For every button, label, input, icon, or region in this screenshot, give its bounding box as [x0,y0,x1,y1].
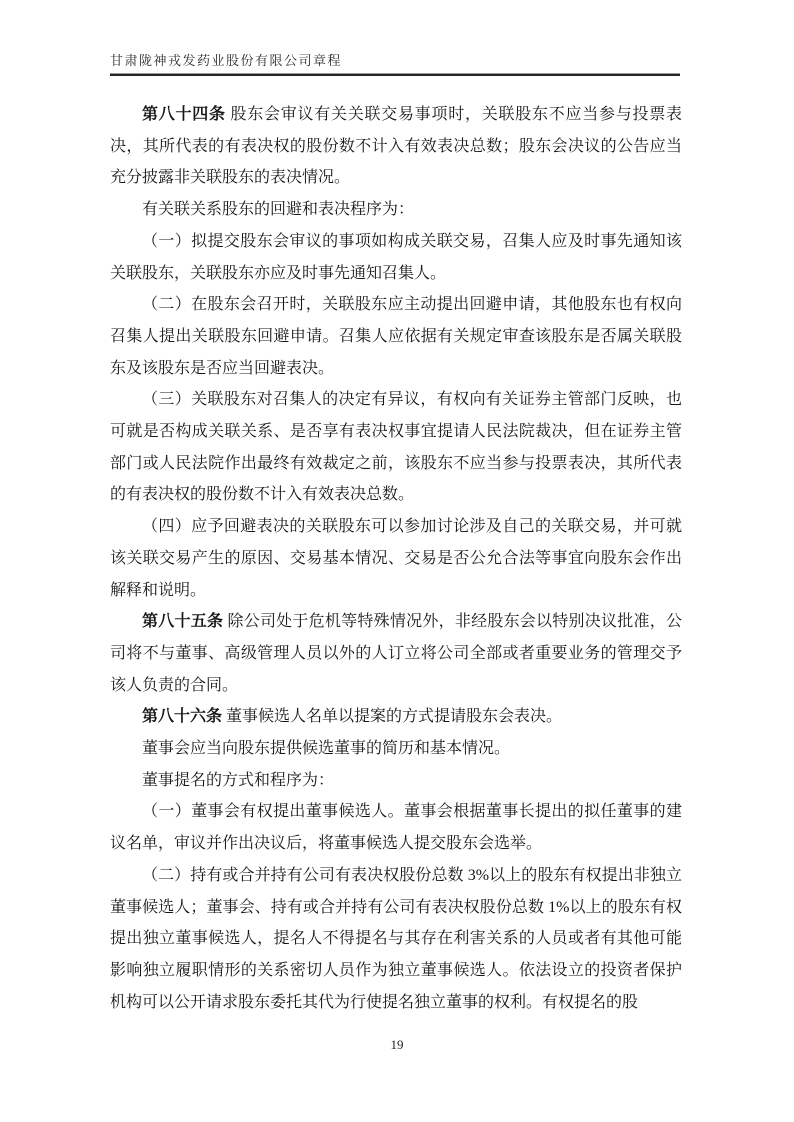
page-footer: 19 [0,1036,794,1054]
header-rule [110,73,680,76]
page-number: 19 [391,1037,404,1052]
body-paragraph: 董事会应当向股东提供候选董事的简历和基本情况。 [110,733,682,765]
body-paragraph: （一）董事会有权提出董事候选人。董事会根据董事长提出的拟任董事的建议名单，审议并… [110,796,682,859]
body-paragraph: 有关联关系股东的回避和表决程序为： [110,194,682,226]
body-paragraph: （一）拟提交股东会审议的事项如构成关联交易，召集人应及时事先通知该关联股东，关联… [110,226,682,289]
page-header: 甘肃陇神戎发药业股份有限公司章程 [110,50,680,76]
article-number: 第八十五条 [142,613,223,630]
body-paragraph: （四）应予回避表决的关联股东可以参加讨论涉及自己的关联交易，并可就该关联交易产生… [110,511,682,606]
body-paragraph: （二）持有或合并持有公司有表决权股份总数 3%以上的股东有权提出非独立董事候选人… [110,860,682,1019]
document-page: 甘肃陇神戎发药业股份有限公司章程 第八十四条 股东会审议有关关联交易事项时，关联… [0,0,794,1122]
body-paragraph: （三）关联股东对召集人的决定有异议，有权向有关证券主管部门反映，也可就是否构成关… [110,384,682,511]
article-paragraph: 第八十四条 股东会审议有关关联交易事项时，关联股东不应当参与投票表决，其所代表的… [110,99,682,194]
body-paragraph: （二）在股东会召开时，关联股东应主动提出回避申请，其他股东也有权向召集人提出关联… [110,289,682,384]
document-body: 第八十四条 股东会审议有关关联交易事项时，关联股东不应当参与投票表决，其所代表的… [110,99,682,1018]
header-title: 甘肃陇神戎发药业股份有限公司章程 [110,50,680,73]
article-number: 第八十四条 [142,106,226,123]
article-number: 第八十六条 [142,708,222,725]
body-paragraph: 董事提名的方式和程序为： [110,765,682,797]
article-paragraph: 第八十六条 董事候选人名单以提案的方式提请股东会表决。 [110,701,682,733]
article-paragraph: 第八十五条 除公司处于危机等特殊情况外，非经股东会以特别决议批准，公司将不与董事… [110,606,682,701]
